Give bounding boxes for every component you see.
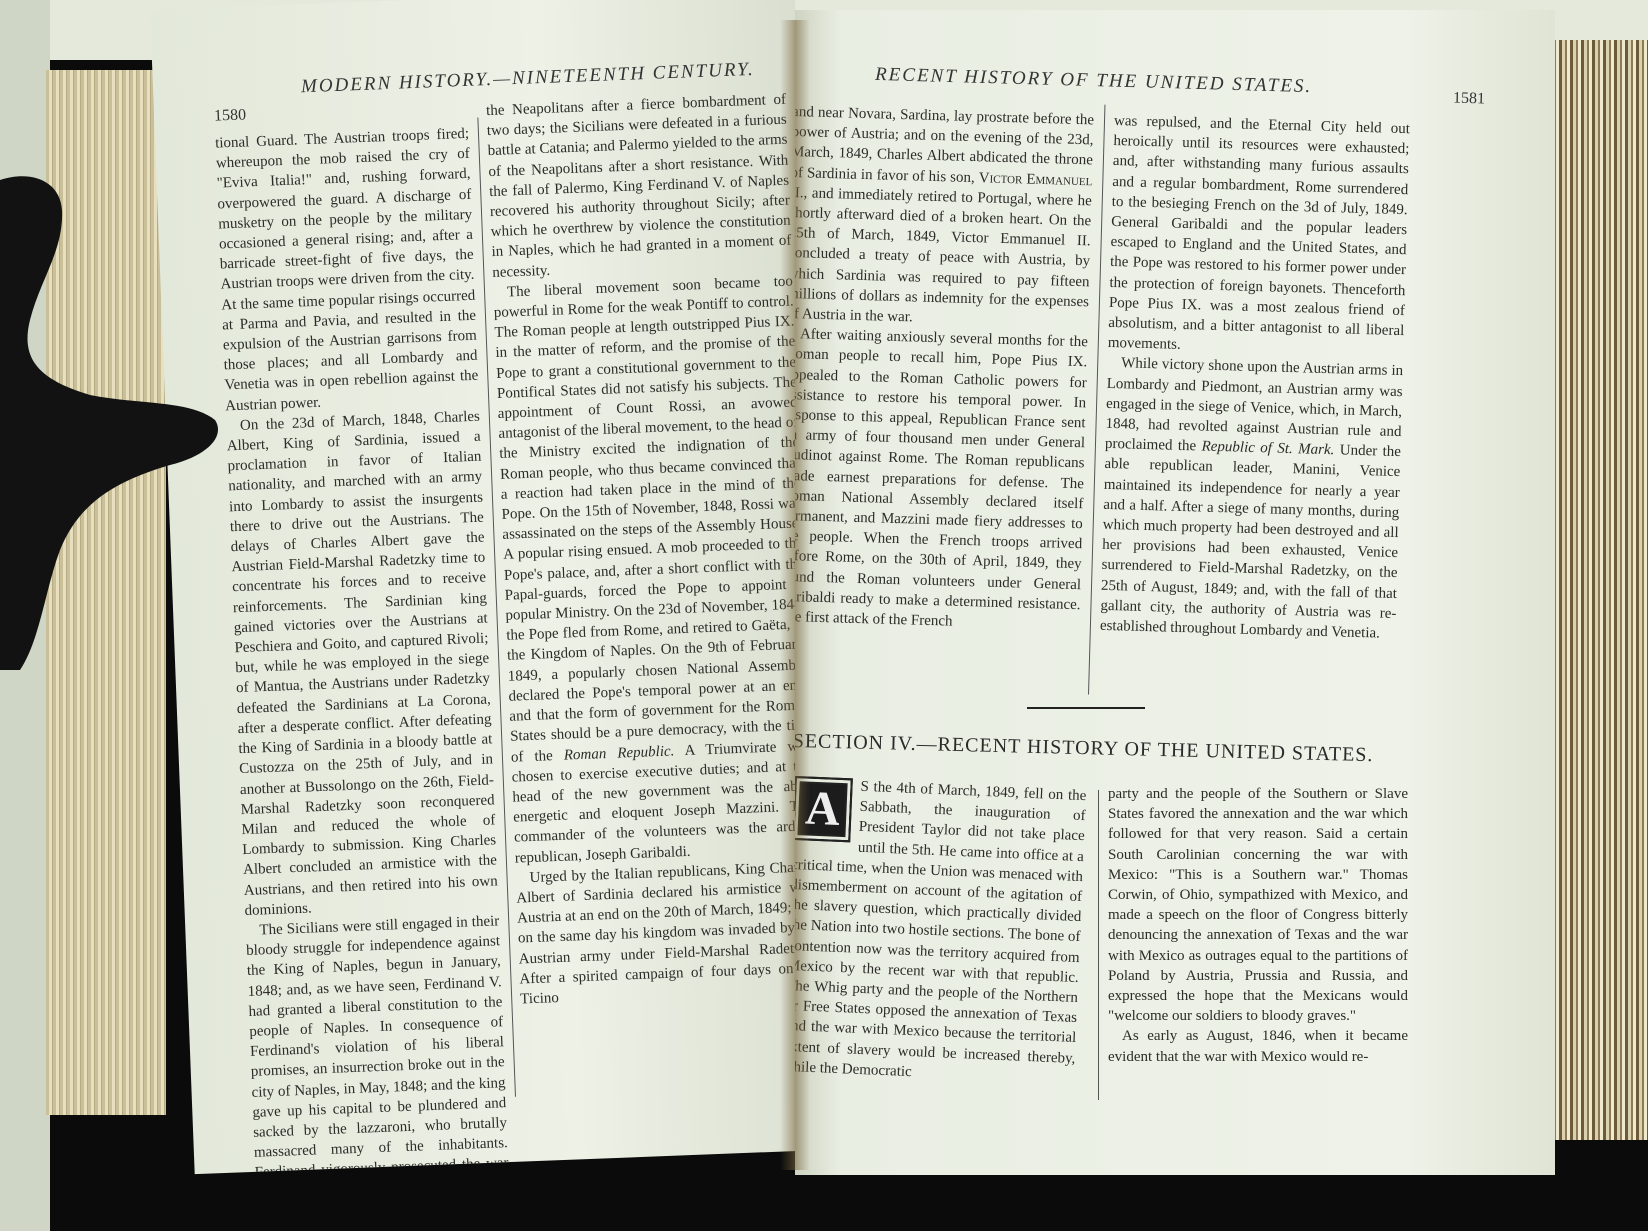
- section-column-1: AS the 4th of March, 1849, fell on the S…: [795, 774, 1087, 1089]
- paragraph: As early as August, 1846, when it became…: [1108, 1026, 1408, 1066]
- column-2: the Neapolitans after a fierce bombardme…: [486, 90, 821, 1010]
- paragraph: The Sicilians were still engaged in thei…: [245, 911, 510, 1174]
- column-divider: [1098, 790, 1099, 1100]
- book-gutter: [780, 20, 810, 1170]
- paragraph: tional Guard. The Austrian troops fired;…: [215, 124, 480, 416]
- paragraph: The liberal movement soon became too pow…: [493, 271, 815, 868]
- column-2: was repulsed, and the Eternal City held …: [1100, 111, 1411, 644]
- paragraph: While victory shone upon the Austrian ar…: [1100, 353, 1404, 644]
- page-number: 1580: [214, 106, 247, 125]
- paragraph: party and the people of the Southern or …: [1108, 784, 1408, 1026]
- page-edges-right: [1548, 40, 1648, 1140]
- section-title: SECTION IV.—RECENT HISTORY OF THE UNITED…: [795, 730, 1374, 767]
- gloved-hand-icon: [0, 170, 220, 670]
- left-page: 1580 MODERN HISTORY.—NINETEENTH CENTURY.…: [150, 0, 839, 1174]
- column-1: tional Guard. The Austrian troops fired;…: [215, 124, 511, 1174]
- section-column-2: party and the people of the Southern or …: [1108, 784, 1408, 1067]
- paragraph: was repulsed, and the Eternal City held …: [1108, 111, 1411, 362]
- open-book: 1580 MODERN HISTORY.—NINETEENTH CENTURY.…: [0, 0, 1648, 1231]
- paragraph: the Neapolitans after a fierce bombardme…: [486, 90, 793, 283]
- paragraph: and near Novara, Sardina, lay prostrate …: [795, 102, 1094, 333]
- paragraph: AS the 4th of March, 1849, fell on the S…: [795, 774, 1087, 1089]
- column-1: and near Novara, Sardina, lay prostrate …: [795, 102, 1094, 636]
- paragraph: Urged by the Italian republicans, King C…: [515, 857, 820, 1010]
- section-divider: [1027, 707, 1145, 709]
- right-page: RECENT HISTORY OF THE UNITED STATES. 158…: [795, 10, 1555, 1175]
- paragraph: After waiting anxiously several months f…: [795, 324, 1088, 635]
- running-head: MODERN HISTORY.—NINETEENTH CENTURY.: [301, 59, 755, 98]
- paragraph: On the 23d of March, 1848, Charles Alber…: [226, 406, 499, 920]
